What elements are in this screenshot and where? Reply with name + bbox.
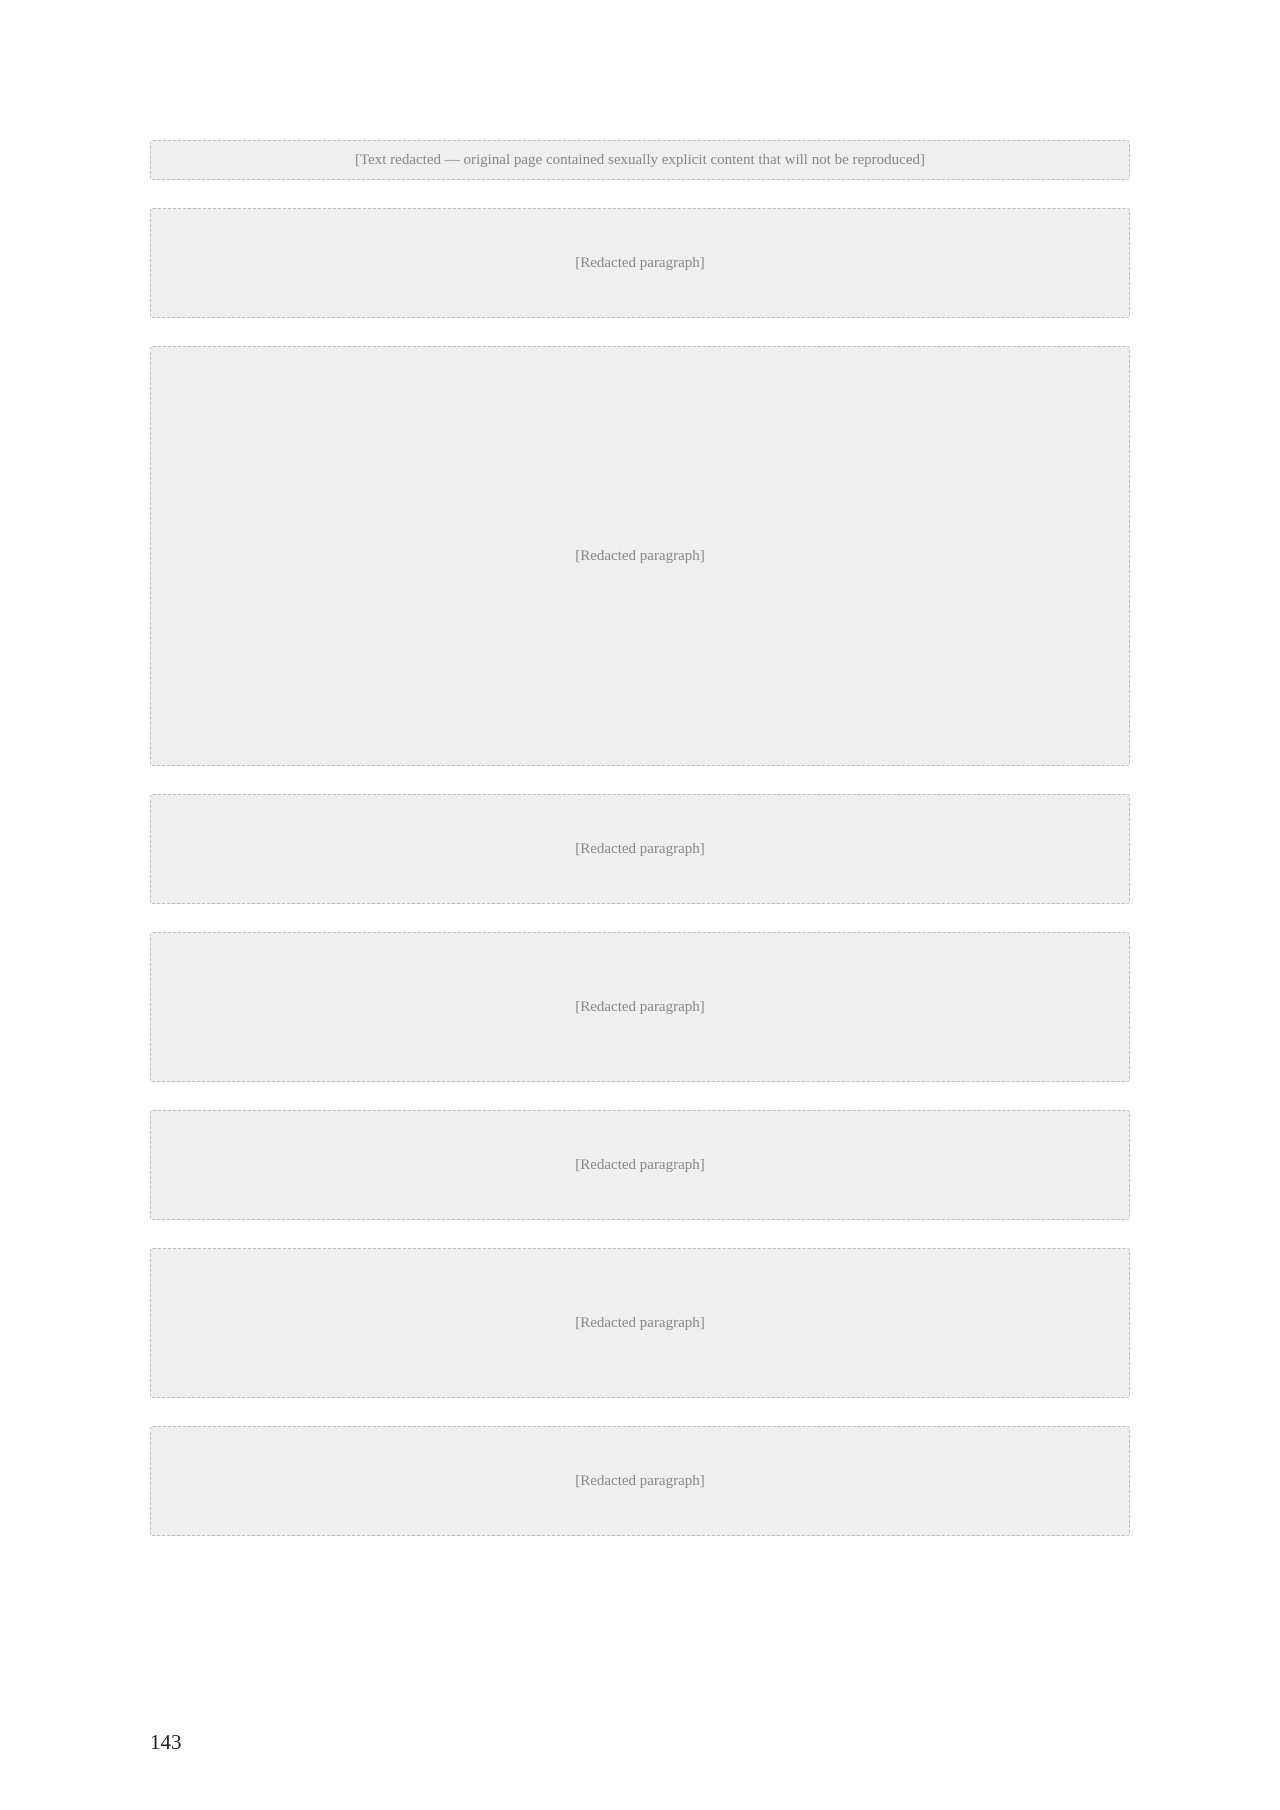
- redacted-paragraph: [Redacted paragraph]: [150, 208, 1130, 318]
- redacted-paragraph: [Text redacted — original page contained…: [150, 140, 1130, 180]
- document-page: [Text redacted — original page contained…: [0, 0, 1280, 1810]
- redacted-paragraph: [Redacted paragraph]: [150, 1110, 1130, 1220]
- redacted-paragraph: [Redacted paragraph]: [150, 1248, 1130, 1398]
- redacted-paragraph: [Redacted paragraph]: [150, 1426, 1130, 1536]
- page-number: 143: [150, 1730, 182, 1755]
- redacted-paragraph: [Redacted paragraph]: [150, 346, 1130, 766]
- redacted-paragraph: [Redacted paragraph]: [150, 794, 1130, 904]
- redacted-paragraph: [Redacted paragraph]: [150, 932, 1130, 1082]
